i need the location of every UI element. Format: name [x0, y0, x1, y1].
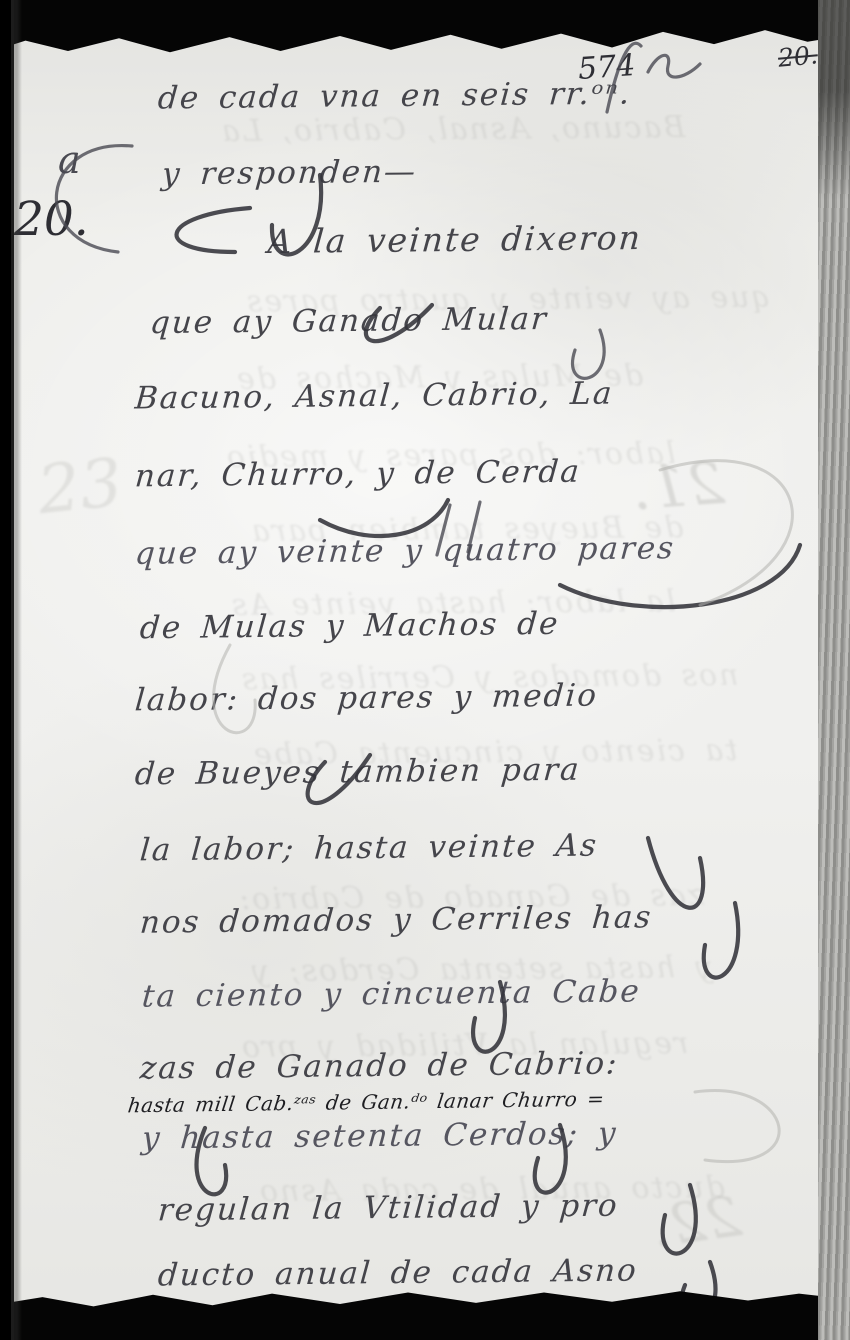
manuscript-line: nos domados y Cerriles has [139, 899, 654, 940]
bleedthrough-number-left: 23 [34, 444, 126, 529]
flourish-stroke [648, 55, 700, 77]
manuscript-line: nar, Churro, y de Cerda [134, 454, 583, 495]
scan-border-left [0, 0, 22, 1340]
bleed-curl [695, 1091, 779, 1162]
manuscript-line: Bacuno, Asnal, Cabrio, La [134, 375, 615, 416]
manuscript-line: zas de Ganado de Cabrio: [139, 1045, 620, 1086]
page-edge-right [818, 0, 850, 1340]
manuscript-insertion-line: hasta mill Cab.ᶻᵃˢ de Gan.ᵈᵒ lanar Churr… [127, 1087, 607, 1118]
manuscript-line: la labor; hasta veinte As [139, 828, 600, 869]
manuscript-line: ta ciento y cincuenta Cabe [141, 973, 643, 1014]
manuscript-line: regulan la Vtilidad y pro [157, 1188, 620, 1229]
margin-item-number: 20. [14, 192, 89, 247]
manuscript-line: de Mulas y Machos de [139, 606, 561, 646]
margin-letter: a [58, 138, 81, 182]
bleedthrough-number-right: 21. [630, 449, 727, 523]
bleedthrough-number-bottom: 22. [648, 1184, 745, 1261]
manuscript-line: que ay veinte y quatro pares [134, 530, 677, 572]
manuscript-line: labor: dos pares y medio [134, 678, 600, 719]
struck-out-number: 20. [777, 40, 819, 72]
manuscript-line: de Bueyes tambien para [134, 752, 582, 793]
manuscript-line: de cada vna en seis rr.ᵒⁿ. [157, 76, 633, 117]
manuscript-line: A la veinte dixeron [267, 218, 644, 261]
manuscript-scan: Bacuno, Asnal, Cabrio, La que ay veinte … [0, 0, 850, 1340]
bleedthrough-text: Bacuno, Asnal, Cabrio, La [220, 110, 686, 149]
scan-border-top [0, 0, 850, 58]
manuscript-line: y responden— [161, 154, 419, 193]
manuscript-line: ducto anual de cada Asno [157, 1252, 640, 1293]
manuscript-line: que ay Ganado Mular [149, 301, 550, 341]
manuscript-line: y hasta setenta Cerdos; y [141, 1115, 619, 1156]
flourish-stroke [177, 208, 250, 252]
